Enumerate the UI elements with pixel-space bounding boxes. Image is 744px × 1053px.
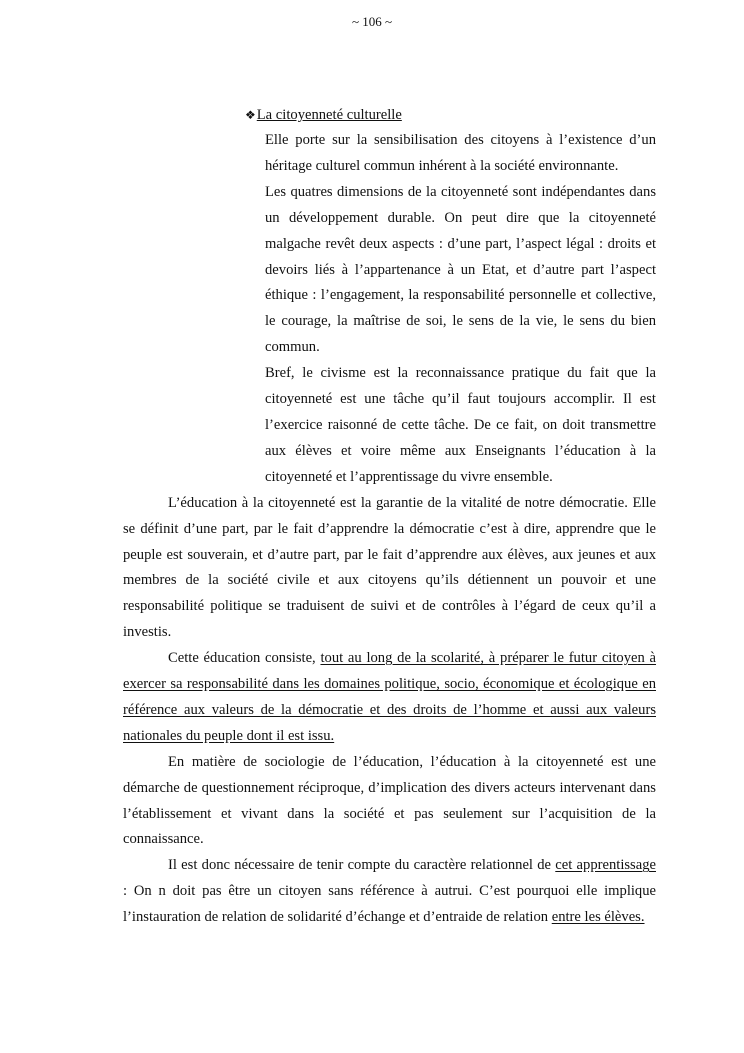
page-number: ~ 106 ~ bbox=[0, 14, 744, 30]
document-body: ❖La citoyenneté culturelle Elle porte su… bbox=[123, 102, 656, 931]
body-paragraph: Il est donc nécessaire de tenir compte d… bbox=[123, 853, 656, 931]
section-title: La citoyenneté culturelle bbox=[257, 107, 402, 123]
indented-paragraph: Bref, le civisme est la reconnaissance p… bbox=[265, 361, 656, 491]
paragraph-text: Il est donc nécessaire de tenir compte d… bbox=[168, 857, 555, 873]
indented-block: Elle porte sur la sensibilisation des ci… bbox=[265, 128, 656, 491]
indented-paragraph: Elle porte sur la sensibilisation des ci… bbox=[265, 128, 656, 180]
body-paragraph: En matière de sociologie de l’éducation,… bbox=[123, 750, 656, 854]
body-paragraph: Cette éducation consiste, tout au long d… bbox=[123, 646, 656, 750]
diamond-bullet-icon: ❖ bbox=[245, 108, 256, 122]
body-paragraph: L’éducation à la citoyenneté est la gara… bbox=[123, 491, 656, 646]
paragraph-text: Cette éducation consiste, bbox=[168, 650, 320, 666]
underlined-text: cet apprentissage bbox=[555, 857, 656, 873]
underlined-text: entre les élèves. bbox=[552, 909, 645, 925]
section-heading: ❖La citoyenneté culturelle bbox=[245, 102, 656, 128]
indented-paragraph: Les quatres dimensions de la citoyenneté… bbox=[265, 180, 656, 361]
